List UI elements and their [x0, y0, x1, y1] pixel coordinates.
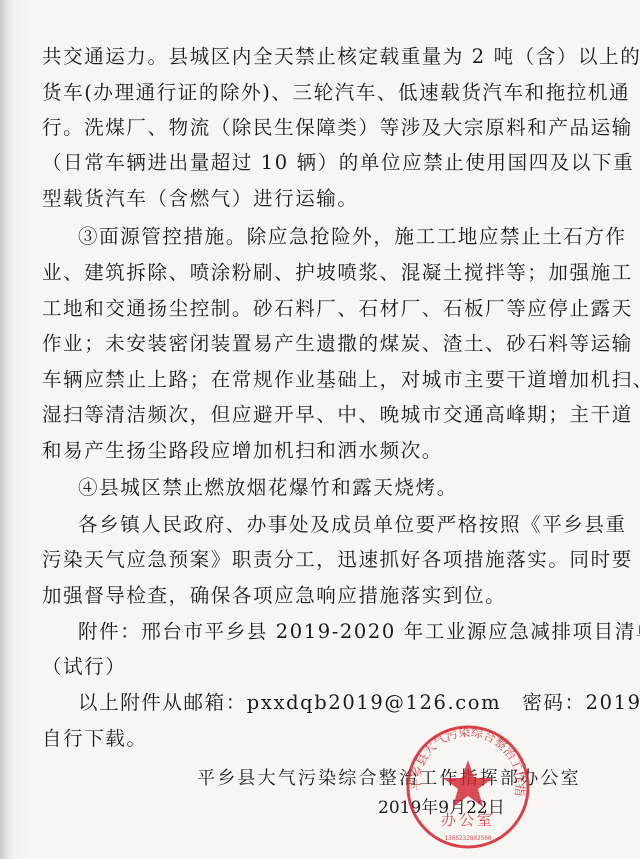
body-line: 型载货汽车（含燃气）进行运输。 [42, 189, 359, 209]
attachment-line: 附件：邢台市平乡县 2019-2020 年工业源应急减排项目清单 [78, 622, 640, 642]
download-info-line: 以上附件从邮箱：pxxdqb2019@126.com 密码：20192019 [78, 693, 640, 713]
body-line: 污染天气应急预案》职责分工，迅速抓好各项措施落实。同时要 [42, 550, 633, 570]
seal-center-text: 办公室 [441, 811, 495, 829]
body-line: 湿扫等清洁频次，但应避开早、中、晚城市交通高峰期；主干道 [42, 405, 633, 425]
body-line: 工地和交通扬尘控制。砂石料厂、石材厂、石板厂等应停止露天 [42, 299, 633, 319]
body-line: 车辆应禁止上路；在常规作业基础上，对城市主要干道增加机扫、 [42, 370, 640, 390]
body-line: 和易产生扬尘路段应增加机扫和洒水频次。 [42, 441, 443, 461]
section-3-heading-line: ③面源管控措施。除应急抢险外，施工工地应禁止土石方作 [78, 227, 627, 247]
body-line: 共交通运力。县城区内全天禁止核定载重量为 2 吨（含）以上的 [42, 47, 640, 67]
body-line: 货车(办理通行证的除外)、三轮汽车、低速载货汽车和拖拉机通 [42, 83, 630, 103]
body-line: 加强督导检查，确保各项应急响应措施落实到位。 [42, 586, 506, 606]
star-icon [443, 760, 493, 807]
section-4-line: ④县城区禁止燃放烟花爆竹和露天烧烤。 [78, 478, 458, 498]
body-line: 作业；未安装密闭装置易产生遗撒的煤炭、渣土、砂石料等运输 [42, 334, 633, 354]
official-seal-stamp: 平乡县大气污染综合整治工作指挥部 办公室 1305232802500 [403, 722, 533, 852]
document-page: 共交通运力。县城区内全天禁止核定载重量为 2 吨（含）以上的 货车(办理通行证的… [0, 0, 640, 859]
body-line: （日常车辆进出量超过 10 辆）的单位应禁止使用国四及以下重 [42, 153, 634, 173]
body-line: 业、建筑拆除、喷涂粉刷、护坡喷浆、混凝土搅拌等；加强施工 [42, 263, 633, 283]
seal-serial: 1305232802500 [445, 835, 492, 842]
body-line: 各乡镇人民政府、办事处及成员单位要严格按照《平乡县重 [78, 515, 627, 535]
attachment-line: （试行） [42, 657, 126, 677]
download-info-line: 自行下载。 [42, 729, 148, 749]
body-line: 行。洗煤厂、物流（除民生保障类）等涉及大宗原料和产品运输 [42, 118, 633, 138]
